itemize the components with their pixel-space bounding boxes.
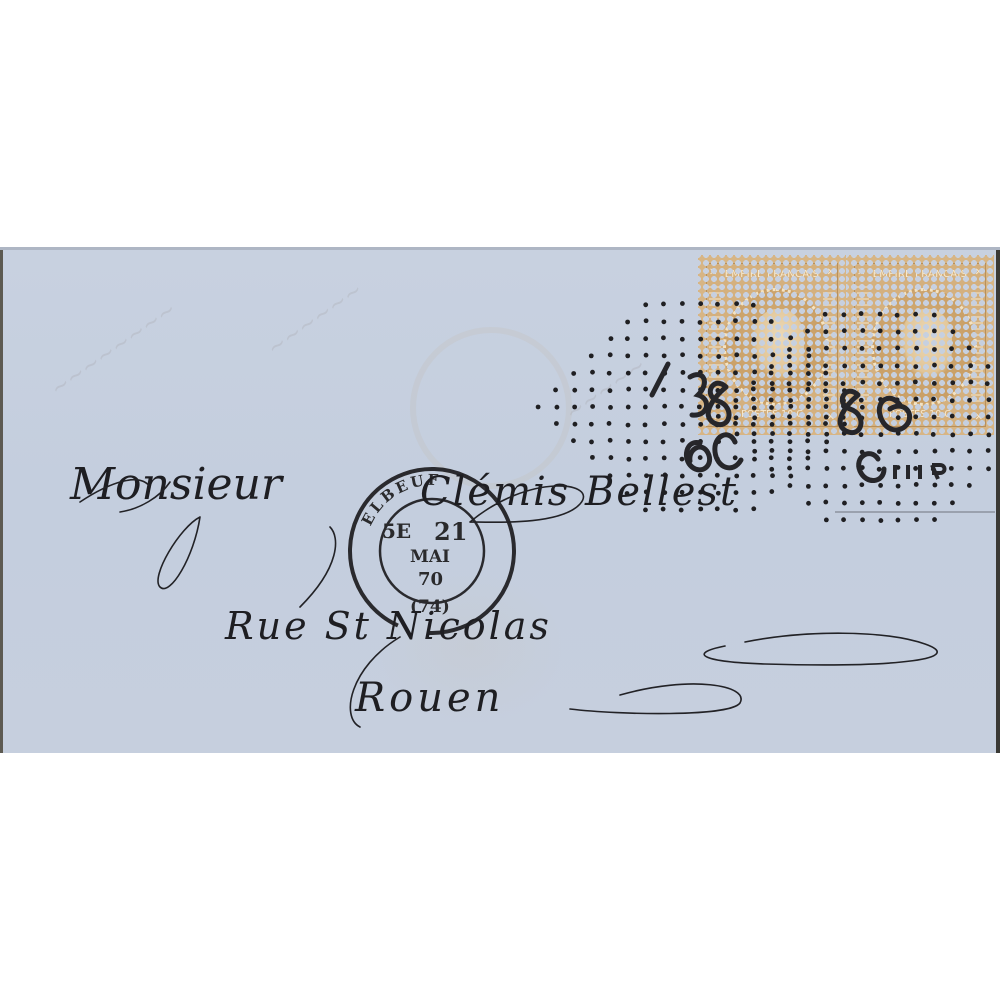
letter-cover: ~~~~~~~~ ~~~~~~ ~~~~~ ✕ ✕ ✕ ✕ EMPIRE FRA… bbox=[0, 247, 1000, 753]
pen-flourishes bbox=[0, 247, 1000, 753]
